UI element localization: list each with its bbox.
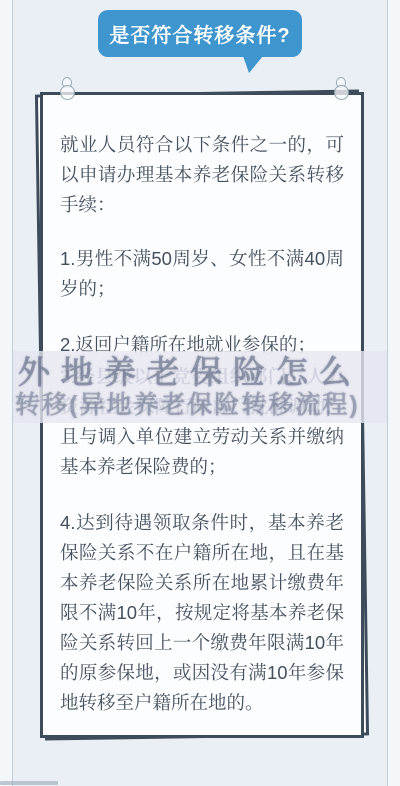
intro-text: 就业人员符合以下条件之一的，可以申请办理基本养老保险关系转移手续： bbox=[60, 130, 344, 220]
right-margin-column bbox=[388, 0, 400, 786]
condition-item-1: 1.男性不满50周岁、女性不满40周岁的； bbox=[60, 244, 344, 304]
watermark-overlay: 外地养老保险怎么 转移(异地养老保险转移流程) bbox=[13, 351, 387, 423]
section-title: 是否符合转移条件? bbox=[109, 19, 290, 48]
infographic-page: 是否符合转移条件? 就业人员符合以下条件之一的，可以申请办理基本养老保险关系转移… bbox=[0, 0, 400, 786]
speech-bubble-tail-icon bbox=[243, 56, 263, 73]
card-body: 就业人员符合以下条件之一的，可以申请办理基本养老保险关系转移手续： 1.男性不满… bbox=[43, 130, 361, 718]
bottom-edge-artifact bbox=[0, 781, 58, 785]
pin-ring bbox=[60, 85, 75, 100]
left-margin-column bbox=[0, 0, 12, 786]
frame-line-right bbox=[387, 0, 388, 786]
section-title-bubble: 是否符合转移条件? bbox=[98, 10, 302, 57]
pin-ring bbox=[334, 85, 349, 100]
watermark-line2: 转移(异地养老保险转移流程) bbox=[15, 385, 387, 421]
condition-item-3-clear: 且与调入单位建立劳动关系并缴纳基本养老保险费的； bbox=[60, 426, 344, 477]
condition-item-4: 4.达到待遇领取条件时，基本养老保险关系不在户籍所在地，且在基本养老保险关系所在… bbox=[60, 508, 344, 718]
